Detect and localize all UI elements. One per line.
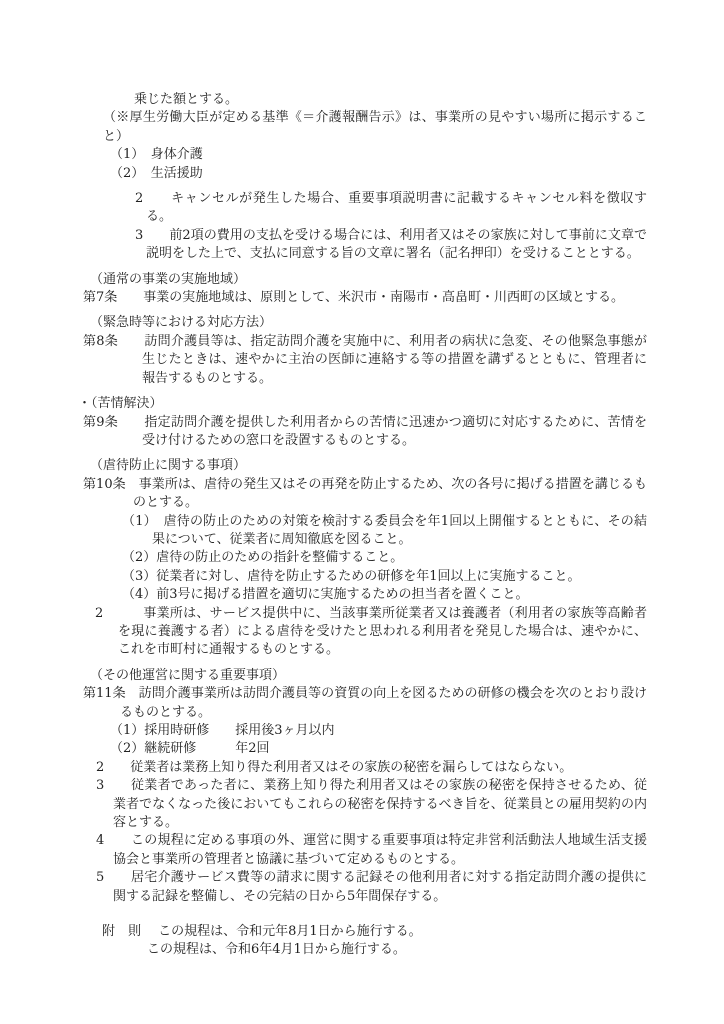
heading-article-9: ・（苦情解決） xyxy=(78,395,647,413)
note-line: （※厚生労働大臣が定める基準《＝介護報酬告示》は、事業所の見やすい場所に掲示する… xyxy=(78,109,647,146)
spacer xyxy=(78,264,647,271)
document-page: 乗じた額とする。（※厚生労働大臣が定める基準《＝介護報酬告示》は、事業所の見やす… xyxy=(0,0,724,1024)
supplementary-provision-2: この規程は、令和6年4月1日から施行する。 xyxy=(78,941,647,959)
heading-article-8: （緊急時等における対応方法） xyxy=(78,314,647,332)
heading-article-11: （その他運営に関する重要事項） xyxy=(78,667,647,685)
spacer xyxy=(78,183,647,190)
spacer xyxy=(78,450,647,457)
article-9: 第9条 指定訪問介護を提供した利用者からの苦情に迅速かつ適切に対応するために、苦… xyxy=(78,414,647,451)
article-11-paragraph-5: 5 居宅介護サービス費等の請求に関する記録その他利用者に対する指定訪問介護の提供… xyxy=(78,869,647,906)
continuation-line: 乗じた額とする。 xyxy=(78,91,647,109)
article-11-paragraph-3: 3 従業者であった者に、業務上知り得た利用者又はその家族の秘密を保持させるため、… xyxy=(78,777,647,832)
article-10-item-1: （1） 虐待の防止のための対策を検討する委員会を年1回以上開催するとともに、その… xyxy=(78,513,647,550)
article-10-item-4: （4）前3号に掲げる措置を適切に実施するための担当者を置くこと。 xyxy=(78,586,647,604)
article-11-paragraph-2: 2 従業者は業務上知り得た利用者又はその家族の秘密を漏らしてはならない。 xyxy=(78,759,647,777)
article-8: 第8条 訪問介護員等は、指定訪問介護を実施中に、利用者の病状に急変、その他緊急事… xyxy=(78,333,647,388)
heading-article-7: （通常の事業の実施地域） xyxy=(78,271,647,289)
document-body: 乗じた額とする。（※厚生労働大臣が定める基準《＝介護報酬告示》は、事業所の見やす… xyxy=(78,91,647,960)
article-10: 第10条 事業所は、虐待の発生又はその再発を防止するため、次の各号に掲げる措置を… xyxy=(78,476,647,513)
spacer xyxy=(78,307,647,314)
article-11-paragraph-4: 4 この規程に定める事項の外、運営に関する重要事項は特定非営利活動法人地域生活支… xyxy=(78,832,647,869)
item-2: （2） 生活援助 xyxy=(78,165,647,183)
article-11-item-1: （1）採用時研修 採用後3ヶ月以内 xyxy=(78,722,647,740)
spacer xyxy=(78,906,647,923)
paragraph-2: 2 キャンセルが発生した場合、重要事項説明書に記載するキャンセル料を徴収する。 xyxy=(78,190,647,227)
article-10-item-3: （3）従業者に対し、虐待を防止するための研修を年1回以上に実施すること。 xyxy=(78,568,647,586)
article-7: 第7条 事業の実施地域は、原則として、米沢市・南陽市・高畠町・川西町の区域とする… xyxy=(78,289,647,307)
article-10-item-2: （2）虐待の防止のための指針を整備すること。 xyxy=(78,549,647,567)
item-1: （1） 身体介護 xyxy=(78,146,647,164)
article-11: 第11条 訪問介護事業所は訪問介護員等の資質の向上を図るための研修の機会を次のと… xyxy=(78,685,647,722)
paragraph-3: 3 前2項の費用の支払を受ける場合には、利用者又はその家族に対して事前に文章で説… xyxy=(78,227,647,264)
article-10-paragraph-2: 2 事業所は、サービス提供中に、当該事業所従業者又は養護者（利用者の家族等高齢者… xyxy=(78,605,647,660)
supplementary-provision-1: 附 則 この規程は、令和元年8月1日から施行する。 xyxy=(78,923,647,941)
spacer xyxy=(78,660,647,667)
heading-article-10: （虐待防止に関する事項） xyxy=(78,457,647,475)
spacer xyxy=(78,388,647,395)
article-11-item-2: （2）継続研修 年2回 xyxy=(78,740,647,758)
